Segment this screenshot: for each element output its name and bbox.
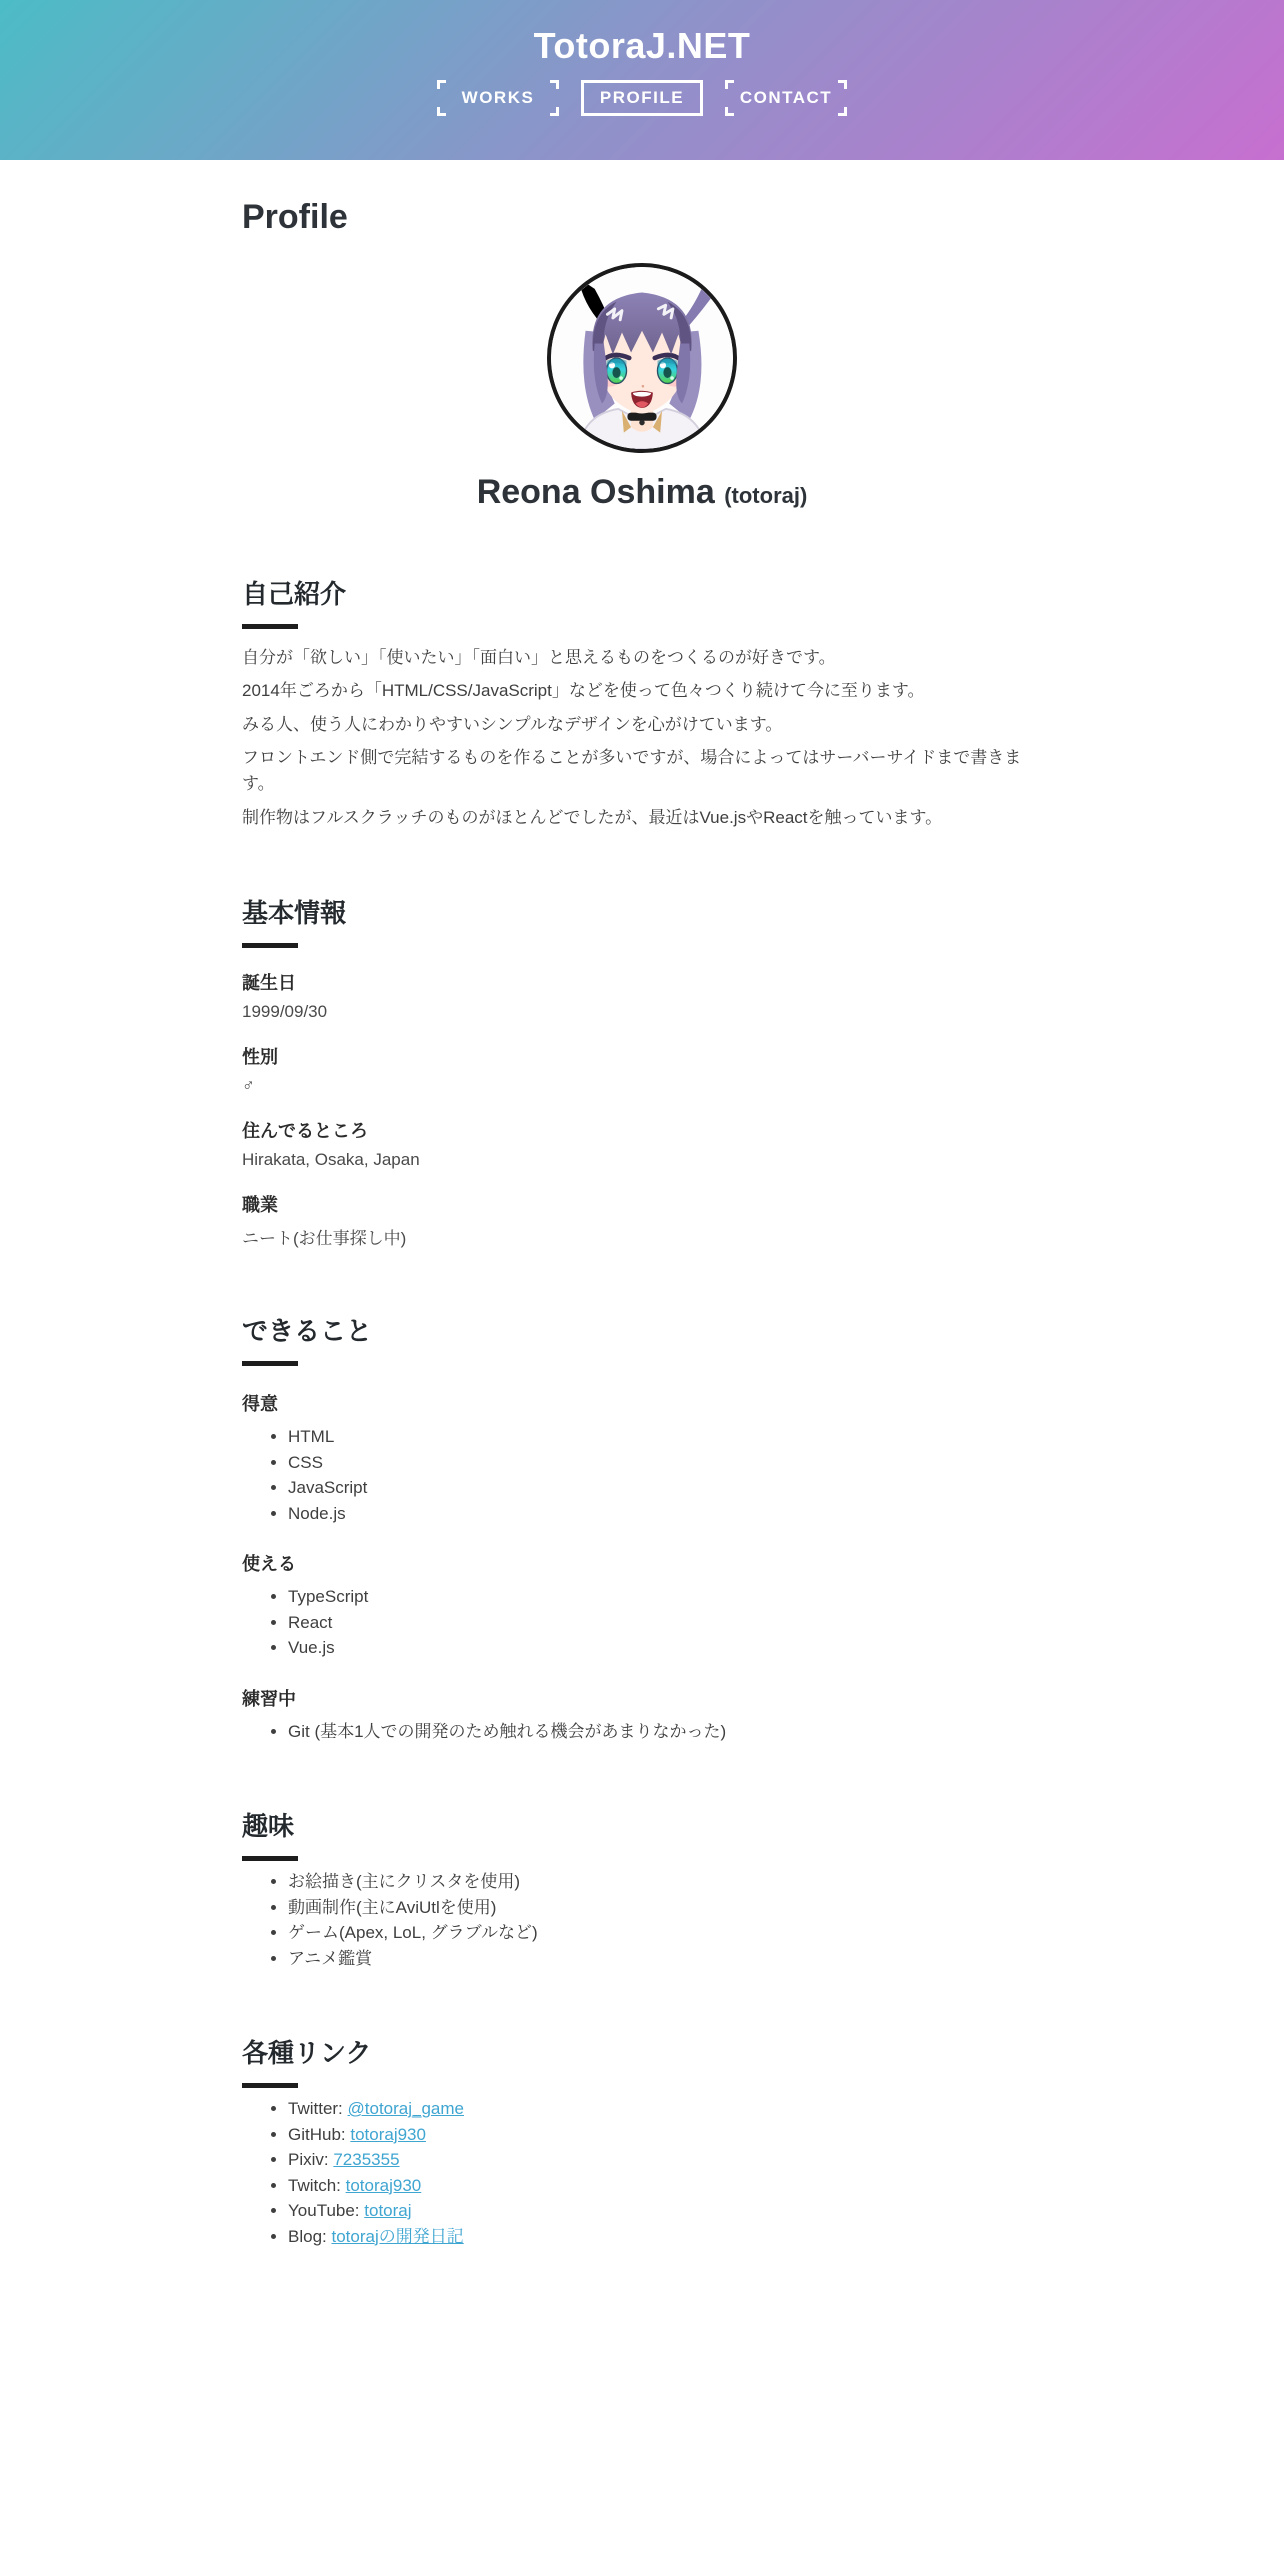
skill-group: 得意HTMLCSSJavaScriptNode.js: [242, 1390, 1042, 1526]
link-item: Pixiv: 7235355: [288, 2147, 1042, 2173]
profile-handle: (totoraj): [724, 483, 807, 508]
skill-item: Vue.js: [288, 1635, 1042, 1661]
skill-list: TypeScriptReactVue.js: [242, 1584, 1042, 1661]
main-nav: WORKSPROFILECONTACT: [0, 80, 1284, 116]
section-hobbies: 趣味 お絵描き(主にクリスタを使用)動画制作(主にAviUtlを使用)ゲーム(A…: [242, 1806, 1042, 1971]
section-about-title: 自己紹介: [242, 574, 1042, 611]
skill-groups: 得意HTMLCSSJavaScriptNode.js使えるTypeScriptR…: [242, 1390, 1042, 1744]
info-label: 誕生日: [242, 969, 1042, 995]
skill-group-label: 使える: [242, 1550, 1042, 1576]
link-item: Twitch: totoraj930: [288, 2173, 1042, 2199]
external-link[interactable]: totorajの開発日記: [331, 2227, 463, 2246]
section-basic-info: 基本情報 誕生日1999/09/30性別♂住んでるところHirakata, Os…: [242, 893, 1042, 1249]
link-item: GitHub: totoraj930: [288, 2122, 1042, 2148]
link-label: Twitter:: [288, 2099, 348, 2118]
section-divider: [242, 1856, 298, 1861]
section-links: 各種リンク Twitter: @totoraj_gameGitHub: toto…: [242, 2033, 1042, 2249]
section-hobbies-title: 趣味: [242, 1806, 1042, 1843]
nav-item-profile[interactable]: PROFILE: [581, 80, 703, 116]
link-label: Twitch:: [288, 2176, 346, 2195]
external-link[interactable]: 7235355: [333, 2150, 399, 2169]
site-title: TotoraJ.NET: [0, 25, 1284, 67]
about-paragraph: みる人、使う人にわかりやすいシンプルなデザインを心がけています。: [242, 712, 1042, 738]
about-paragraph: 制作物はフルスクラッチのものがほとんどでしたが、最近はVue.jsやReactを…: [242, 805, 1042, 831]
avatar-illustration: [551, 267, 733, 449]
section-skills-title: できること: [242, 1311, 1042, 1348]
basic-info-list: 誕生日1999/09/30性別♂住んでるところHirakata, Osaka, …: [242, 969, 1042, 1249]
nav-item-label: PROFILE: [600, 88, 684, 108]
section-basic-info-title: 基本情報: [242, 893, 1042, 930]
skill-group: 練習中Git (基本1人での開発のため触れる機会があまりなかった): [242, 1685, 1042, 1745]
hobby-item: 動画制作(主にAviUtlを使用): [288, 1895, 1042, 1921]
link-item: Twitter: @totoraj_game: [288, 2096, 1042, 2122]
corner-bracket: [725, 80, 734, 89]
skill-group: 使えるTypeScriptReactVue.js: [242, 1550, 1042, 1661]
skill-item: React: [288, 1610, 1042, 1636]
nav-item-label: WORKS: [462, 88, 535, 108]
info-value: 1999/09/30: [242, 1002, 1042, 1022]
hobby-item: お絵描き(主にクリスタを使用): [288, 1869, 1042, 1895]
skill-group-label: 得意: [242, 1390, 1042, 1416]
about-paragraph: 2014年ごろから「HTML/CSS/JavaScript」などを使って色々つく…: [242, 678, 1042, 704]
about-paragraph: フロントエンド側で完結するものを作ることが多いですが、場合によってはサーバーサイ…: [242, 745, 1042, 798]
info-value: ニート(お仕事探し中): [242, 1224, 1042, 1249]
info-item: 誕生日1999/09/30: [242, 969, 1042, 1022]
section-divider: [242, 624, 298, 629]
avatar: [547, 263, 737, 453]
skill-item: Git (基本1人での開発のため触れる機会があまりなかった): [288, 1719, 1042, 1745]
external-link[interactable]: @totoraj_game: [348, 2099, 465, 2118]
info-item: 職業ニート(お仕事探し中): [242, 1191, 1042, 1249]
external-link[interactable]: totoraj930: [350, 2125, 426, 2144]
section-about: 自己紹介 自分が「欲しい」「使いたい」「面白い」と思えるものをつくるのが好きです…: [242, 574, 1042, 831]
corner-bracket: [838, 107, 847, 116]
info-item: 住んでるところHirakata, Osaka, Japan: [242, 1117, 1042, 1170]
avatar-wrap: [242, 263, 1042, 453]
corner-bracket: [550, 80, 559, 89]
skill-item: HTML: [288, 1424, 1042, 1450]
skill-list: HTMLCSSJavaScriptNode.js: [242, 1424, 1042, 1526]
section-divider: [242, 1361, 298, 1366]
nav-item-works[interactable]: WORKS: [437, 80, 559, 116]
about-paragraph: 自分が「欲しい」「使いたい」「面白い」と思えるものをつくるのが好きです。: [242, 645, 1042, 671]
link-list: Twitter: @totoraj_gameGitHub: totoraj930…: [242, 2096, 1042, 2249]
hobby-item: ゲーム(Apex, LoL, グラブルなど): [288, 1920, 1042, 1946]
info-label: 性別: [242, 1043, 1042, 1069]
link-label: GitHub:: [288, 2125, 350, 2144]
corner-bracket: [437, 107, 446, 116]
info-value: ♂: [242, 1076, 1042, 1096]
skill-list: Git (基本1人での開発のため触れる機会があまりなかった): [242, 1719, 1042, 1745]
nav-item-label: CONTACT: [740, 88, 832, 108]
info-label: 職業: [242, 1191, 1042, 1217]
page-title: Profile: [242, 198, 1042, 237]
profile-name: Reona Oshima (totoraj): [242, 473, 1042, 512]
profile-name-text: Reona Oshima: [477, 473, 715, 511]
section-skills: できること 得意HTMLCSSJavaScriptNode.js使えるTypeS…: [242, 1311, 1042, 1744]
skill-group-label: 練習中: [242, 1685, 1042, 1711]
section-links-title: 各種リンク: [242, 2033, 1042, 2070]
info-item: 性別♂: [242, 1043, 1042, 1096]
corner-bracket: [550, 107, 559, 116]
corner-bracket: [838, 80, 847, 89]
skill-item: JavaScript: [288, 1475, 1042, 1501]
nav-item-contact[interactable]: CONTACT: [725, 80, 847, 116]
link-item: YouTube: totoraj: [288, 2198, 1042, 2224]
hobby-list: お絵描き(主にクリスタを使用)動画制作(主にAviUtlを使用)ゲーム(Apex…: [242, 1869, 1042, 1971]
info-value: Hirakata, Osaka, Japan: [242, 1150, 1042, 1170]
info-label: 住んでるところ: [242, 1117, 1042, 1143]
skill-item: TypeScript: [288, 1584, 1042, 1610]
section-divider: [242, 943, 298, 948]
site-header: TotoraJ.NET WORKSPROFILECONTACT: [0, 0, 1284, 160]
link-label: Pixiv:: [288, 2150, 333, 2169]
link-label: Blog:: [288, 2227, 331, 2246]
section-divider: [242, 2083, 298, 2088]
external-link[interactable]: totoraj: [364, 2201, 411, 2220]
external-link[interactable]: totoraj930: [346, 2176, 422, 2195]
corner-bracket: [725, 107, 734, 116]
hobby-item: アニメ鑑賞: [288, 1946, 1042, 1972]
about-paragraphs: 自分が「欲しい」「使いたい」「面白い」と思えるものをつくるのが好きです。2014…: [242, 645, 1042, 831]
corner-bracket: [437, 80, 446, 89]
skill-item: Node.js: [288, 1501, 1042, 1527]
link-label: YouTube:: [288, 2201, 364, 2220]
profile-page: Profile: [242, 198, 1042, 2369]
link-item: Blog: totorajの開発日記: [288, 2224, 1042, 2250]
skill-item: CSS: [288, 1450, 1042, 1476]
